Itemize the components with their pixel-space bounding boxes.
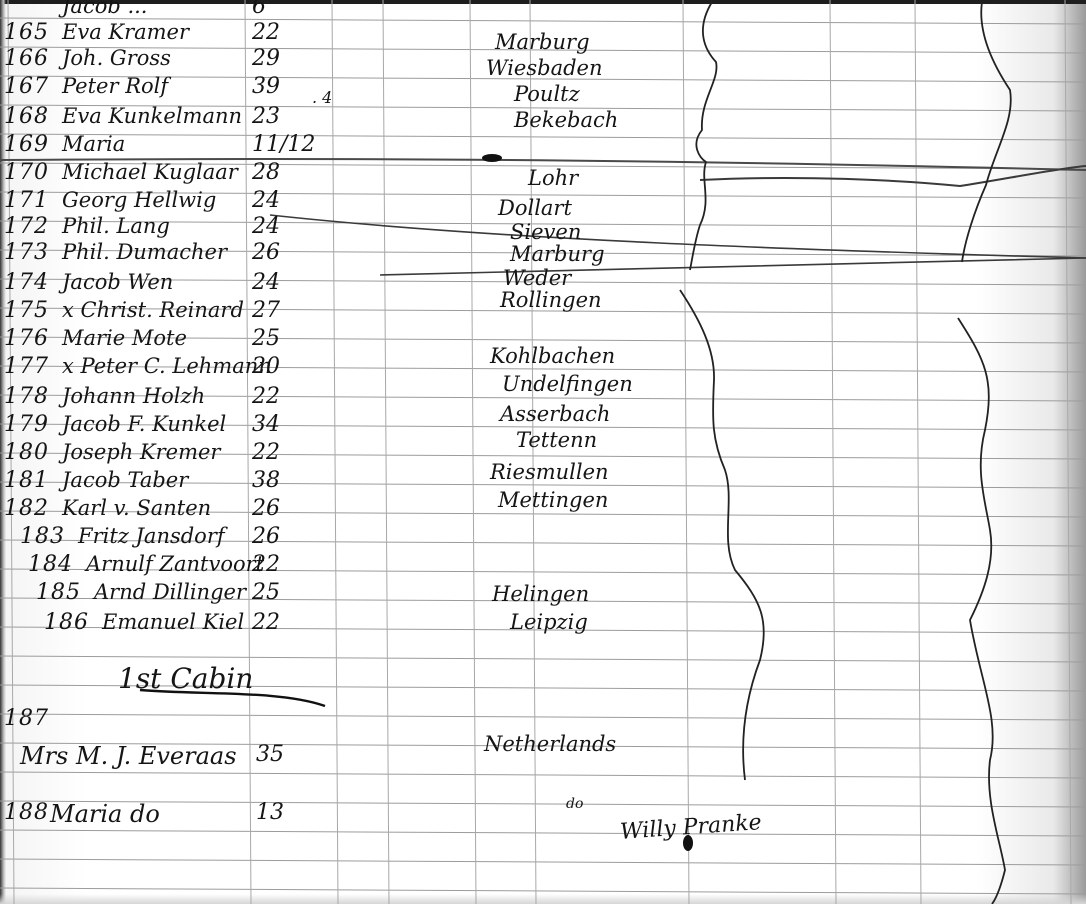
entry-name: Phil. Lang — [62, 214, 170, 238]
entry-age: 27 — [252, 298, 280, 323]
entry-age: 38 — [252, 468, 280, 493]
ditto-line-right-top — [962, 2, 1011, 262]
entry-place: Asserbach — [500, 402, 610, 426]
ledger-row: 171Georg Hellwig24 — [0, 188, 700, 216]
entry-age: 24 — [252, 270, 280, 295]
stray-mark: . 4 — [312, 88, 332, 107]
entry-age: 22 — [252, 552, 280, 577]
entry-place: Poultz — [514, 82, 580, 106]
entry-number: 170 — [4, 160, 49, 185]
entry-age: 25 — [252, 580, 280, 605]
entry-number: 183 — [20, 524, 65, 549]
entry-place: Bekebach — [514, 108, 618, 132]
entry-name: Marie Mote — [62, 326, 187, 350]
entry-name: Eva Kunkelmann — [62, 104, 242, 128]
ledger-row: 167Peter Rolf39 — [0, 74, 700, 102]
ledger-row: 185Arnd Dillinger25 — [0, 580, 700, 608]
entry-number: 185 — [36, 580, 81, 605]
entry-age: 13 — [256, 800, 284, 825]
entry-number: 180 — [4, 440, 49, 465]
ledger-page: Jacob ...6165Eva Kramer22Marburg166Joh. … — [0, 0, 1086, 904]
entry-name: Jacob Taber — [62, 468, 188, 492]
entry-age: 22 — [252, 610, 280, 635]
entry-age: 39 — [252, 74, 280, 99]
entry-name: Phil. Dumacher — [62, 240, 227, 264]
entry-place: Kohlbachen — [490, 344, 615, 368]
entry-name: Peter Rolf — [62, 74, 168, 98]
ledger-row: 184Arnulf Zantvoort22 — [0, 552, 700, 580]
entry-place: Helingen — [492, 582, 589, 606]
ledger-row: 186Emanuel Kiel22 — [0, 610, 700, 638]
entry-age: 28 — [252, 160, 280, 185]
entry-name: Karl v. Santen — [62, 496, 211, 520]
entry-name: Mrs M. J. Everaas — [20, 742, 237, 770]
entry-age: 26 — [252, 240, 280, 265]
entry-number: 186 — [44, 610, 89, 635]
entry-place: Undelfingen — [502, 372, 633, 396]
entry-age: 6 — [252, 0, 266, 19]
entry-number: 181 — [4, 468, 49, 493]
entry-name: Maria — [62, 132, 125, 156]
entry-number: 188 — [4, 800, 49, 825]
entry-place: Mettingen — [498, 488, 608, 512]
entry-age: 22 — [252, 440, 280, 465]
entry-number: 182 — [4, 496, 49, 521]
entry-number: 169 — [4, 132, 49, 157]
entry-age: 22 — [252, 384, 280, 409]
entry-name: Georg Hellwig — [62, 188, 216, 212]
entry-name: Joseph Kremer — [62, 440, 220, 464]
entry-name: Joh. Gross — [62, 46, 171, 70]
entry-number: 173 — [4, 240, 49, 265]
entry-number: 165 — [4, 20, 49, 45]
entry-number: 166 — [4, 46, 49, 71]
entry-place: Netherlands — [484, 732, 616, 756]
entry-age: 25 — [252, 326, 280, 351]
entry-name: Michael Kuglaar — [62, 160, 238, 184]
section-heading: 1st Cabin — [118, 662, 253, 695]
entry-age: 11/12 — [252, 132, 315, 157]
entry-number: 167 — [4, 74, 49, 99]
entry-name: Johann Holzh — [62, 384, 205, 408]
ledger-row: 170Michael Kuglaar28 — [0, 160, 700, 188]
entry-age: 24 — [252, 214, 280, 239]
entry-name: Jacob Wen — [62, 270, 173, 294]
entry-place: Tettenn — [516, 428, 597, 452]
entry-place: Weder — [503, 266, 571, 290]
ledger-row: 183Fritz Jansdorf26 — [0, 524, 700, 552]
entry-number: 171 — [4, 188, 49, 213]
entry-place: Leipzig — [510, 610, 588, 634]
entry-name: Fritz Jansdorf — [78, 524, 225, 548]
entry-name: Arnulf Zantvoort — [86, 552, 264, 576]
entry-number: 179 — [4, 412, 49, 437]
ledger-row: Jacob ...6 — [0, 0, 700, 22]
entry-number: 172 — [4, 214, 49, 239]
ledger-row: 172Phil. Lang24 — [0, 214, 700, 242]
entry-name: Emanuel Kiel — [102, 610, 244, 634]
entry-number: 174 — [4, 270, 49, 295]
entry-age: 26 — [252, 524, 280, 549]
entry-age: 24 — [252, 188, 280, 213]
entry-number: 187 — [4, 706, 49, 731]
ledger-row: 169Maria11/12 — [0, 132, 700, 160]
entry-name: Jacob ... — [62, 0, 148, 18]
entry-name: Eva Kramer — [62, 20, 189, 44]
entry-number: 184 — [28, 552, 73, 577]
entry-number: 178 — [4, 384, 49, 409]
entry-name: x Christ. Reinard — [62, 298, 244, 322]
entry-name: x Peter C. Lehmann — [62, 354, 272, 378]
entry-age: 29 — [252, 46, 280, 71]
ditto-line-right — [958, 318, 1005, 904]
entry-age: 23 — [252, 104, 280, 129]
entry-place: Marburg — [510, 242, 605, 266]
entry-number: 176 — [4, 326, 49, 351]
entry-number: 168 — [4, 104, 49, 129]
entry-name: Arnd Dillinger — [94, 580, 246, 604]
entry-place: Rollingen — [500, 288, 602, 312]
entry-place: Riesmullen — [490, 460, 609, 484]
entry-place: do — [566, 796, 583, 812]
entry-name: Maria do — [50, 800, 160, 828]
ledger-row: 165Eva Kramer22 — [0, 20, 700, 48]
entry-age: 20 — [252, 354, 280, 379]
entry-number: 177 — [4, 354, 49, 379]
entry-place: Lohr — [528, 166, 578, 190]
entry-name: Jacob F. Kunkel — [62, 412, 226, 436]
entry-age: 34 — [252, 412, 280, 437]
entry-number: 175 — [4, 298, 49, 323]
entry-age: 22 — [252, 20, 280, 45]
entry-age: 35 — [256, 742, 284, 767]
entry-age: 26 — [252, 496, 280, 521]
